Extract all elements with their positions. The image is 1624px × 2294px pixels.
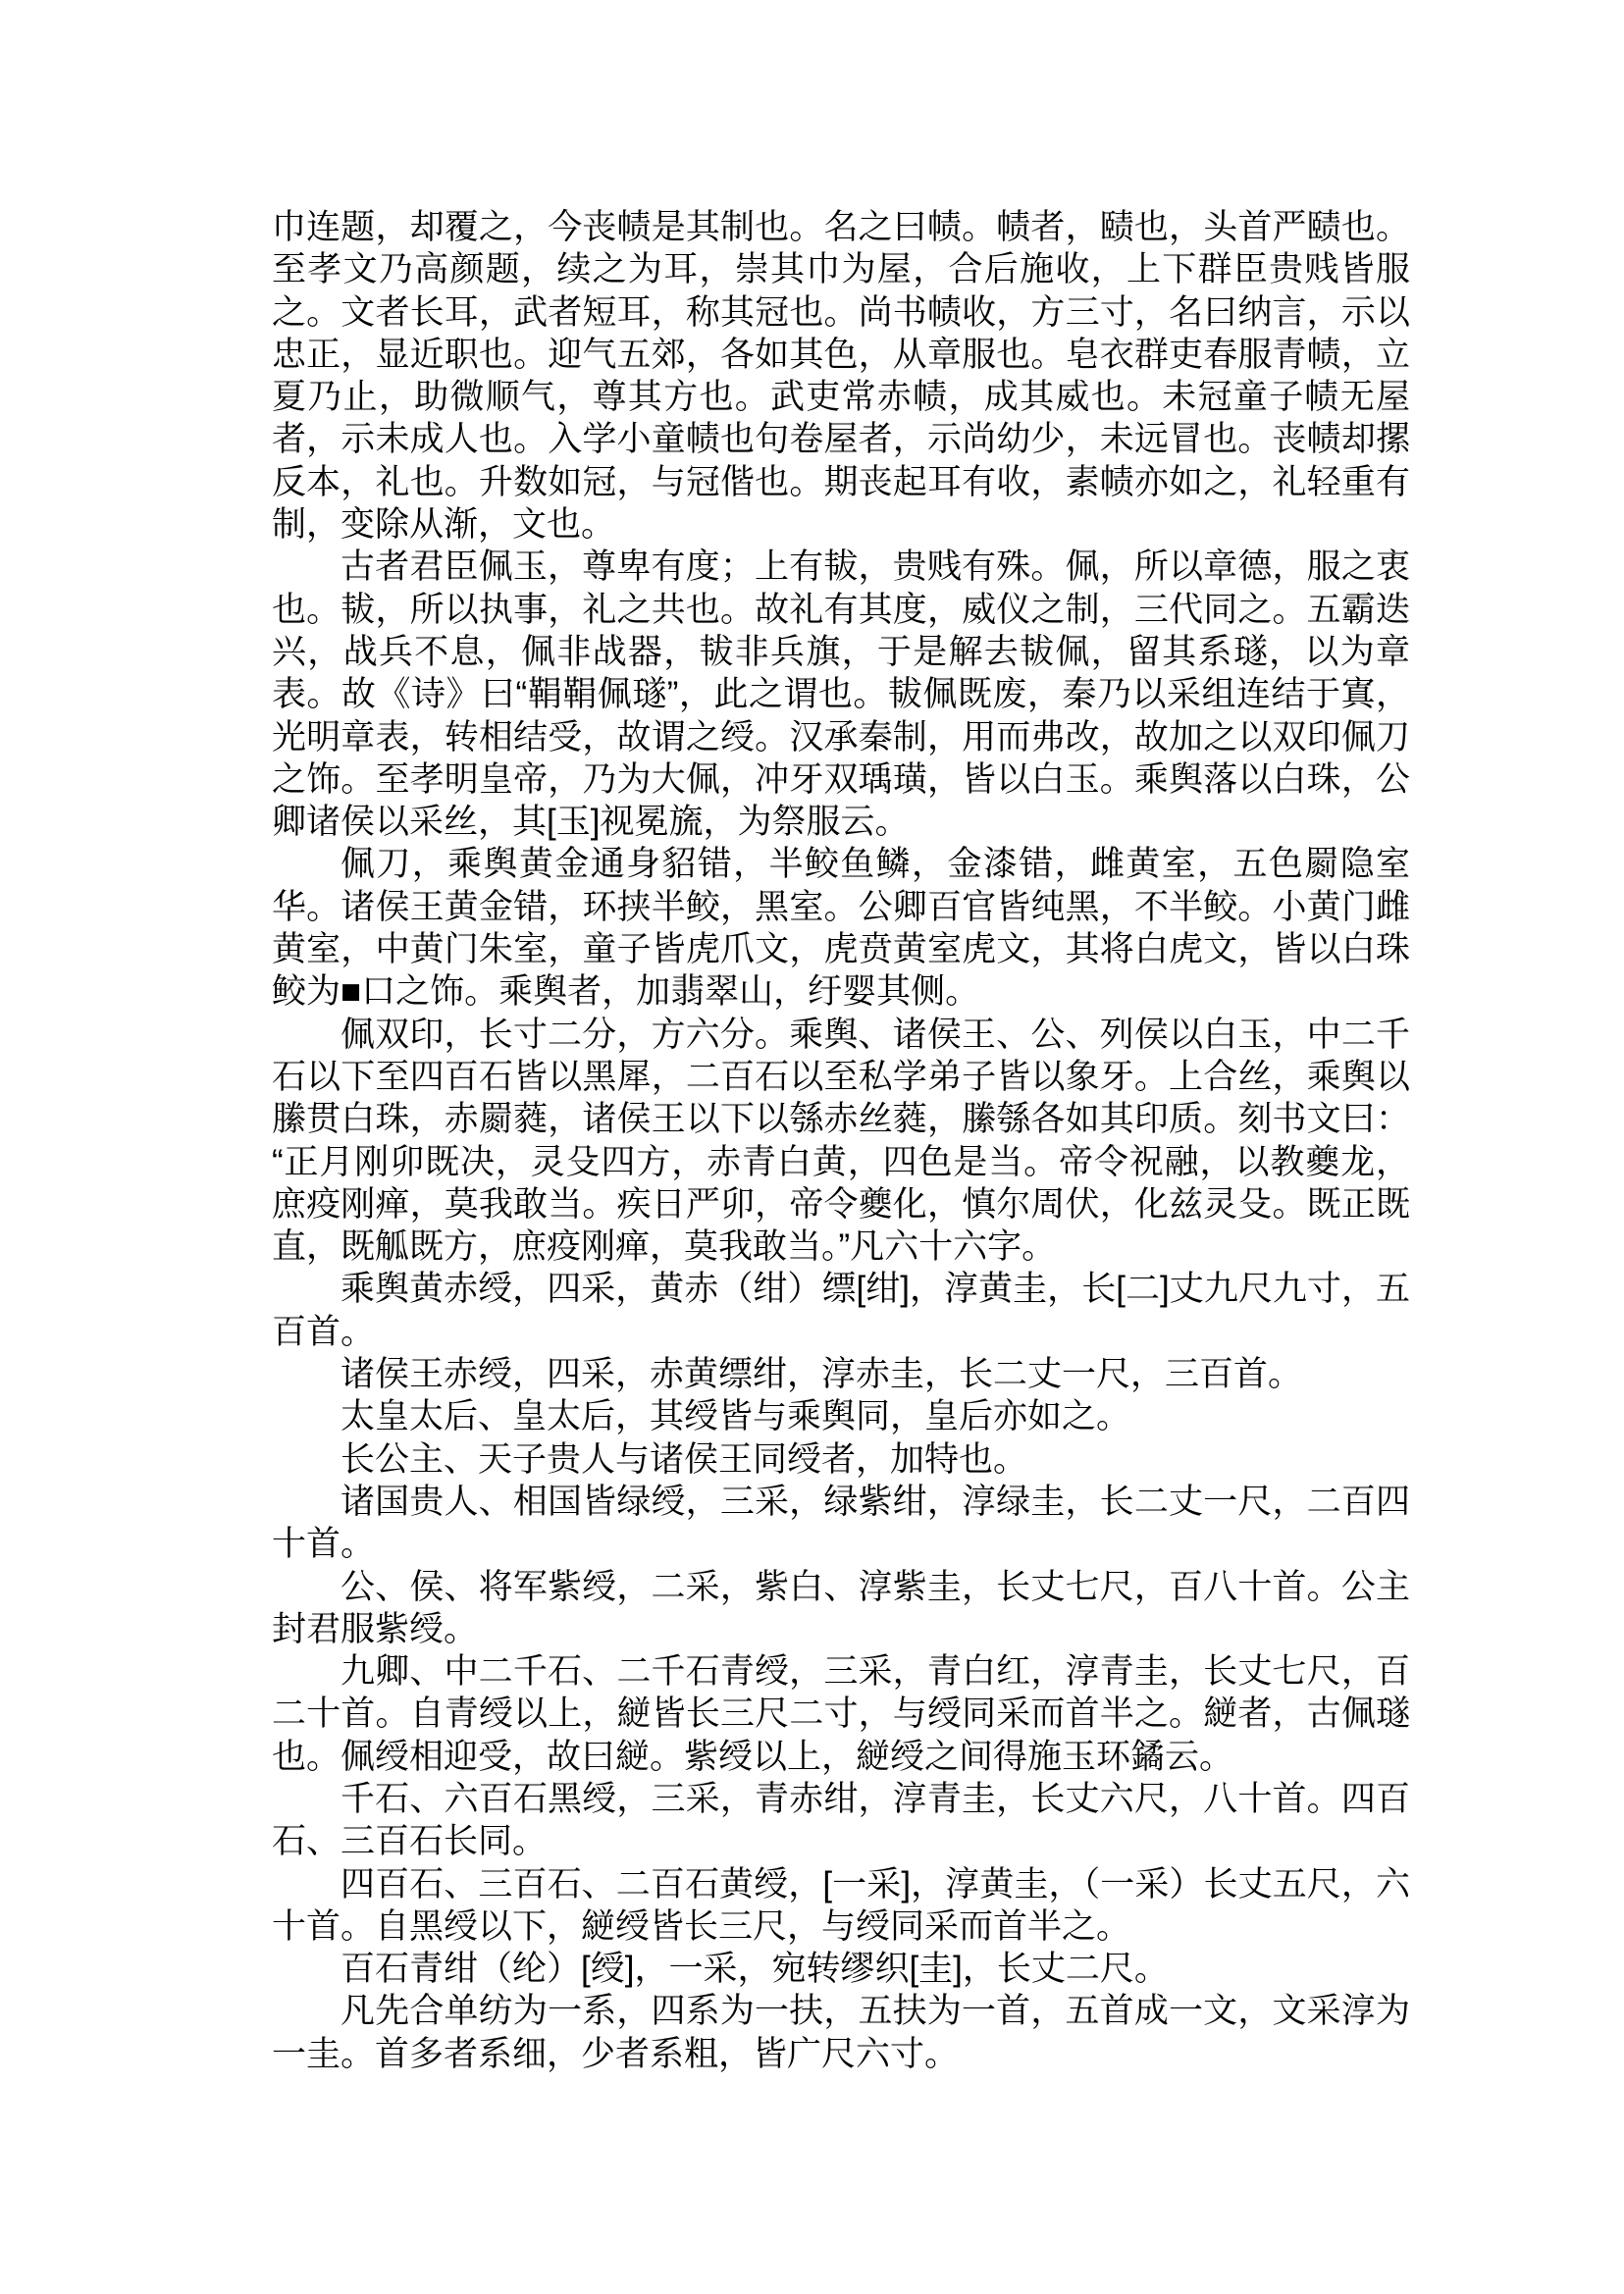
paragraph: 四百石、三百石、二百石黄绶，[一采]，淳黄圭，（一采）长丈五尺，六十首。自黑绶以… — [272, 1863, 1410, 1949]
paragraph: 百石青绀（纶）[绶]，一采，宛转缪织[圭]，长丈二尺。 — [272, 1948, 1410, 1990]
paragraph: 凡先合单纺为一系，四系为一扶，五扶为一首，五首成一文，文采淳为一圭。首多者系细，… — [272, 1990, 1410, 2075]
paragraph: 乘舆黄赤绶，四采，黄赤（绀）缥[绀]，淳黄圭，长[二]丈九尺九寸，五百首。 — [272, 1268, 1410, 1353]
paragraph: 千石、六百石黑绶，三采，青赤绀，淳青圭，长丈六尺，八十首。四百石、三百石长同。 — [272, 1778, 1410, 1863]
paragraph: 长公主、天子贵人与诸侯王同绶者，加特也。 — [272, 1438, 1410, 1481]
document-body: 巾连题，却覆之，今丧帻是其制也。名之曰帻。帻者，赜也，头首严赜也。至孝文乃高颜题… — [272, 206, 1410, 2075]
paragraph: 诸国贵人、相国皆绿绶，三采，绿紫绀，淳绿圭，长二丈一尺，二百四十首。 — [272, 1481, 1410, 1566]
paragraph: 九卿、中二千石、二千石青绶，三采，青白红，淳青圭，长丈七尺，百二十首。自青绶以上… — [272, 1650, 1410, 1778]
paragraph: 公、侯、将军紫绶，二采，紫白、淳紫圭，长丈七尺，百八十首。公主封君服紫绶。 — [272, 1566, 1410, 1651]
paragraph: 诸侯王赤绶，四采，赤黄缥绀，淳赤圭，长二丈一尺，三百首。 — [272, 1353, 1410, 1395]
paragraph: 佩双印，长寸二分，方六分。乘舆、诸侯王、公、列侯以白玉，中二千石以下至四百石皆以… — [272, 1014, 1410, 1269]
paragraph: 巾连题，却覆之，今丧帻是其制也。名之曰帻。帻者，赜也，头首严赜也。至孝文乃高颜题… — [272, 206, 1410, 546]
paragraph: 太皇太后、皇太后，其绶皆与乘舆同，皇后亦如之。 — [272, 1395, 1410, 1437]
paragraph: 佩刀，乘舆黄金通身貂错，半鲛鱼鳞，金漆错，雌黄室，五色罽隐室华。诸侯王黄金错，环… — [272, 843, 1410, 1013]
paragraph: 古者君臣佩玉，尊卑有度；上有韨，贵贱有殊。佩，所以章德，服之衷也。韨，所以执事，… — [272, 546, 1410, 843]
document-page: 巾连题，却覆之，今丧帻是其制也。名之曰帻。帻者，赜也，头首严赜也。至孝文乃高颜题… — [0, 0, 1624, 2294]
